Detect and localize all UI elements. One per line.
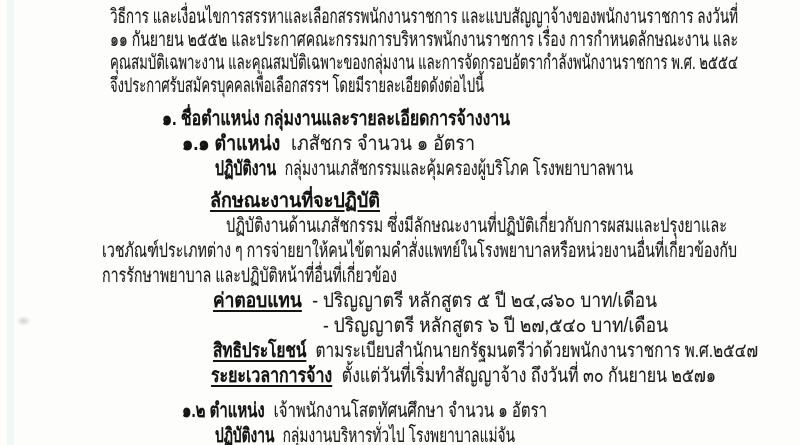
- intro-line-3: คุณสมบัติเฉพาะงาน และคุณสมบัติเฉพาะของกล…: [110, 52, 800, 75]
- position-1-2-duty-line: ปฏิบัติงานกลุ่มงานบริหารทั่วไป โรงพยาบาล…: [215, 424, 800, 445]
- duties-heading: ลักษณะงานที่จะปฏิบัติ: [210, 189, 380, 214]
- duties-line-3-text: การรักษาพยาบาล และปฏิบัติหน้าที่อื่นที่เ…: [102, 264, 397, 289]
- position-1-1-value: เภสัชกร จำนวน ๑ อัตรา: [291, 133, 475, 155]
- duties-line-1-text: ปฏิบัติงานด้านเภสัชกรรม ซึ่งมีลักษณะงานท…: [226, 214, 727, 239]
- position-1-2-line: ๑.๒ ตำแหน่งเจ้าพนักงานโสตทัศนศึกษา จำนวน…: [182, 399, 800, 424]
- section-1-heading: ๑. ชื่อตำแหน่ง กลุ่มงานและรายละเอียดการจ…: [162, 107, 510, 132]
- intro-line-4-text: จึงประกาศรับสมัครบุคคลเพื่อเลือกสรรฯ โดย…: [110, 75, 484, 98]
- intro-line-1: วิธีการ และเงื่อนไขการสรรหาและเลือกสรรพน…: [110, 6, 800, 29]
- intro-line-4: จึงประกาศรับสมัครบุคคลเพื่อเลือกสรรฯ โดย…: [110, 75, 800, 98]
- compensation-label: ค่าตอบแทน: [213, 290, 302, 312]
- duty-value: กลุ่มงานบริหารทั่วไป โรงพยาบาลแม่จัน: [283, 425, 515, 445]
- compensation-line-1: ค่าตอบแทน- ปริญญาตรี หลักสูตร ๕ ปี ๒๔,๘๖…: [213, 289, 800, 314]
- scanner-edge-band: [7, 0, 14, 445]
- duty-label: ปฏิบัติงาน: [215, 158, 276, 180]
- benefits-value: ตามระเบียบสำนักนายกรัฐมนตรีว่าด้วยพนักงา…: [316, 340, 758, 362]
- position-1-1-label: ๑.๑ ตำแหน่ง: [182, 133, 280, 155]
- section-1-heading-line: ๑. ชื่อตำแหน่ง กลุ่มงานและรายละเอียดการจ…: [162, 107, 800, 132]
- intro-line-2-text: ๑๑ กันยายน ๒๕๕๒ และประกาศคณะกรรมการบริหา…: [110, 29, 738, 52]
- duties-line-2-text: เวชภัณฑ์ประเภทต่าง ๆ การจ่ายยาให้คนไข้ตา…: [102, 239, 737, 264]
- scan-smudge: [16, 316, 31, 326]
- intro-line-3-text: คุณสมบัติเฉพาะงาน และคุณสมบัติเฉพาะของกล…: [110, 52, 738, 75]
- intro-line-2: ๑๑ กันยายน ๒๕๕๒ และประกาศคณะกรรมการบริหา…: [110, 29, 800, 52]
- position-1-1-line: ๑.๑ ตำแหน่งเภสัชกร จำนวน ๑ อัตรา: [182, 132, 800, 157]
- position-1-1-duty-line: ปฏิบัติงานกลุ่มงานเภสัชกรรมและคุ้มครองผู…: [215, 157, 800, 182]
- benefits-label: สิทธิประโยชน์: [213, 340, 306, 362]
- benefits-line: สิทธิประโยชน์ตามระเบียบสำนักนายกรัฐมนตรี…: [213, 339, 800, 364]
- duty-label: ปฏิบัติงาน: [215, 425, 274, 445]
- intro-line-1-text: วิธีการ และเงื่อนไขการสรรหาและเลือกสรรพน…: [110, 6, 738, 29]
- duties-heading-line: ลักษณะงานที่จะปฏิบัติ: [210, 189, 800, 214]
- period-value: ตั้งแต่วันที่เริ่มทำสัญญาจ้าง ถึงวันที่ …: [342, 365, 716, 387]
- period-line: ระยะเวลาการจ้างตั้งแต่วันที่เริ่มทำสัญญา…: [211, 364, 800, 389]
- compensation-value-1: - ปริญญาตรี หลักสูตร ๕ ปี ๒๔,๘๖๐ บาท/เดื…: [312, 290, 657, 312]
- duty-value: กลุ่มงานเภสัชกรรมและคุ้มครองผู้บริโภค โร…: [285, 158, 633, 180]
- duties-line-3: การรักษาพยาบาล และปฏิบัติหน้าที่อื่นที่เ…: [102, 264, 800, 289]
- compensation-line-2: - ปริญญาตรี หลักสูตร ๖ ปี ๒๗,๕๔๐ บาท/เดื…: [323, 314, 800, 339]
- duties-line-2: เวชภัณฑ์ประเภทต่าง ๆ การจ่ายยาให้คนไข้ตา…: [102, 239, 800, 264]
- scanned-document-page: วิธีการ และเงื่อนไขการสรรหาและเลือกสรรพน…: [0, 0, 800, 445]
- compensation-value-2: - ปริญญาตรี หลักสูตร ๖ ปี ๒๗,๕๔๐ บาท/เดื…: [323, 314, 668, 339]
- period-label: ระยะเวลาการจ้าง: [211, 365, 332, 387]
- position-1-2-label: ๑.๒ ตำแหน่ง: [182, 400, 265, 422]
- position-1-2-value: เจ้าพนักงานโสตทัศนศึกษา จำนวน ๑ อัตรา: [274, 400, 547, 422]
- duties-line-1: ปฏิบัติงานด้านเภสัชกรรม ซึ่งมีลักษณะงานท…: [226, 214, 800, 239]
